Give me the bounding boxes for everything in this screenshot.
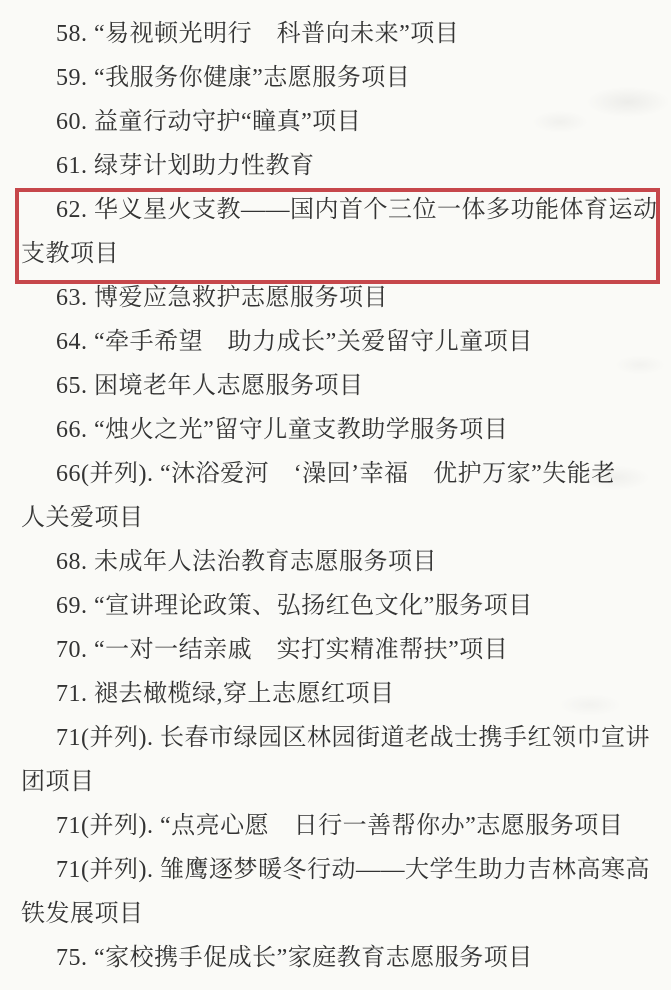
list-item-text: 71(并列). 雏鹰逐梦暖冬行动——大学生助力吉林高寒高 [21,848,661,892]
list-item: 59. “我服务你健康”志愿服务项目 [21,56,661,100]
list-item: 61. 绿芽计划助力性教育 [21,144,661,188]
list-item: 71(并列). 雏鹰逐梦暖冬行动——大学生助力吉林高寒高铁发展项目 [21,848,661,936]
list-item: 70. “一对一结亲戚 实打实精准帮扶”项目 [21,628,661,672]
list-item-text: 71. 褪去橄榄绿,穿上志愿红项目 [21,672,661,716]
document-page: 58. “易视顿光明行 科普向未来”项目59. “我服务你健康”志愿服务项目60… [0,0,671,990]
list-item-text: 61. 绿芽计划助力性教育 [21,144,661,188]
list-item: 58. “易视顿光明行 科普向未来”项目 [21,12,661,56]
list-item-text: 59. “我服务你健康”志愿服务项目 [21,56,661,100]
list-item-highlighted: 62. 华义星火支教——国内首个三位一体多功能体育运动支教项目 [21,188,661,276]
list-item: 68. 未成年人法治教育志愿服务项目 [21,540,661,584]
list-item: 71. 褪去橄榄绿,穿上志愿红项目 [21,672,661,716]
list-item-text: 58. “易视顿光明行 科普向未来”项目 [21,12,661,56]
list-item-text: 65. 困境老年人志愿服务项目 [21,364,661,408]
list-item-text: 60. 益童行动守护“瞳真”项目 [21,100,661,144]
list-item: 69. “宣讲理论政策、弘扬红色文化”服务项目 [21,584,661,628]
list-item-text-continuation: 人关爱项目 [21,496,661,540]
project-list: 58. “易视顿光明行 科普向未来”项目59. “我服务你健康”志愿服务项目60… [0,0,671,980]
list-item-text: 71(并列). “点亮心愿 日行一善帮你办”志愿服务项目 [21,804,661,848]
list-item: 66(并列). “沐浴爱河 ‘澡回’幸福 优护万家”失能老人关爱项目 [21,452,661,540]
list-item-text: 70. “一对一结亲戚 实打实精准帮扶”项目 [21,628,661,672]
list-item-text: 64. “牵手希望 助力成长”关爱留守儿童项目 [21,320,661,364]
list-item-text: 75. “家校携手促成长”家庭教育志愿服务项目 [21,936,661,980]
list-item: 66. “烛火之光”留守儿童支教助学服务项目 [21,408,661,452]
list-item: 71(并列). 长春市绿园区林园街道老战士携手红领巾宣讲团项目 [21,716,661,804]
list-item-text: 62. 华义星火支教——国内首个三位一体多功能体育运动 [21,188,661,232]
list-item-text: 71(并列). 长春市绿园区林园街道老战士携手红领巾宣讲 [21,716,661,760]
list-item-text: 66. “烛火之光”留守儿童支教助学服务项目 [21,408,661,452]
list-item: 63. 博爱应急救护志愿服务项目 [21,276,661,320]
list-item-text: 68. 未成年人法治教育志愿服务项目 [21,540,661,584]
list-item-text: 63. 博爱应急救护志愿服务项目 [21,276,661,320]
list-item: 64. “牵手希望 助力成长”关爱留守儿童项目 [21,320,661,364]
list-item: 65. 困境老年人志愿服务项目 [21,364,661,408]
list-item-text-continuation: 支教项目 [21,232,661,276]
list-item-text: 69. “宣讲理论政策、弘扬红色文化”服务项目 [21,584,661,628]
list-item-text-continuation: 团项目 [21,760,661,804]
list-item: 71(并列). “点亮心愿 日行一善帮你办”志愿服务项目 [21,804,661,848]
list-item-text: 66(并列). “沐浴爱河 ‘澡回’幸福 优护万家”失能老 [21,452,661,496]
list-item: 60. 益童行动守护“瞳真”项目 [21,100,661,144]
list-item: 75. “家校携手促成长”家庭教育志愿服务项目 [21,936,661,980]
list-item-text-continuation: 铁发展项目 [21,892,661,936]
